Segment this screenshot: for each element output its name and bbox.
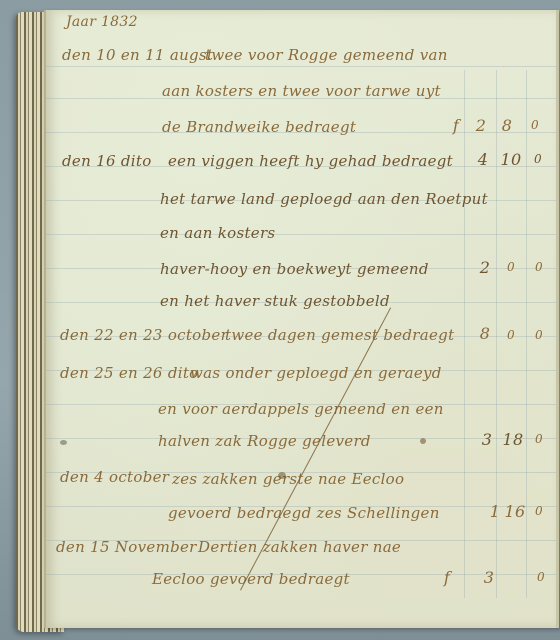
amount-penningen: 0: [530, 570, 552, 584]
ink-stain: [420, 438, 426, 444]
entry-date: den 22 en 23 october: [60, 326, 228, 344]
ruling-line: [46, 234, 556, 235]
entry-line: het tarwe land geploegd aan den Roetput: [160, 190, 488, 208]
amount-stuivers: 0: [500, 260, 522, 274]
amount-guilders: 4: [472, 150, 494, 169]
ruling-line: [46, 66, 556, 67]
amount-guilders: 2: [470, 116, 492, 135]
amount-stuivers: 8: [496, 116, 518, 135]
amount-penningen: 0: [528, 260, 550, 274]
entry-line: en aan kosters: [160, 224, 275, 242]
entry-line: Eecloo gevoerd bedraegt: [152, 570, 350, 588]
amount-guilders: 3: [476, 430, 498, 449]
entry-date: den 10 en 11 augst: [62, 46, 213, 64]
entry-line: haver-hooy en boekweyt gemeend: [160, 260, 429, 278]
amount-guilders: 1: [484, 502, 506, 521]
amount-stuivers: 16: [504, 502, 526, 521]
page-header-year: Jaar 1832: [66, 14, 138, 30]
entry-line: een viggen heeft hy gehad bedraegt: [168, 152, 453, 170]
amount-penningen: 0: [528, 504, 550, 518]
ledger-page: [44, 10, 559, 628]
amount-guilders: 8: [474, 324, 496, 343]
entry-line: Dertien zakken haver nae: [198, 538, 401, 556]
amount-guilders: 2: [474, 258, 496, 277]
amount-stuivers: 18: [502, 430, 524, 449]
entry-date: den 25 en 26 dito: [60, 364, 198, 382]
entry-line: gevoerd bedraegd zes Schellingen: [168, 504, 440, 522]
entry-line: aan kosters en twee voor tarwe uyt: [162, 82, 441, 100]
entry-line: twee voor Rogge gemeend van: [205, 46, 448, 64]
ink-stain: [278, 472, 286, 479]
entry-line: halven zak Rogge geleverd: [158, 432, 371, 450]
entry-date: den 16 dito: [62, 152, 152, 170]
entry-line: en voor aerdappels gemeend en een: [158, 400, 444, 418]
amount-penningen: 0: [527, 152, 549, 166]
entry-date: den 4 october: [60, 468, 169, 486]
entry-date: den 15 November: [56, 538, 197, 556]
amount-column-rule: [526, 70, 527, 598]
entry-line: twee dagen gemest bedraegt: [225, 326, 454, 344]
entry-line: de Brandweike bedraegt: [162, 118, 356, 136]
amount-stuivers: 0: [500, 328, 522, 342]
amount-guilders: 3: [478, 568, 500, 587]
amount-stuivers: 10: [500, 150, 522, 169]
amount-penningen: 0: [528, 328, 550, 342]
amount-penningen: 0: [524, 118, 546, 132]
currency-symbol: f: [436, 568, 458, 587]
amount-column-rule: [464, 70, 465, 598]
currency-symbol: f: [445, 116, 467, 135]
ink-stain: [60, 440, 67, 445]
amount-penningen: 0: [528, 432, 550, 446]
entry-line: zes zakken gerste nae Eecloo: [172, 470, 404, 488]
entry-line: en het haver stuk gestobbeld: [160, 292, 390, 310]
entry-line: was onder geploegd en geraeyd: [190, 364, 442, 382]
